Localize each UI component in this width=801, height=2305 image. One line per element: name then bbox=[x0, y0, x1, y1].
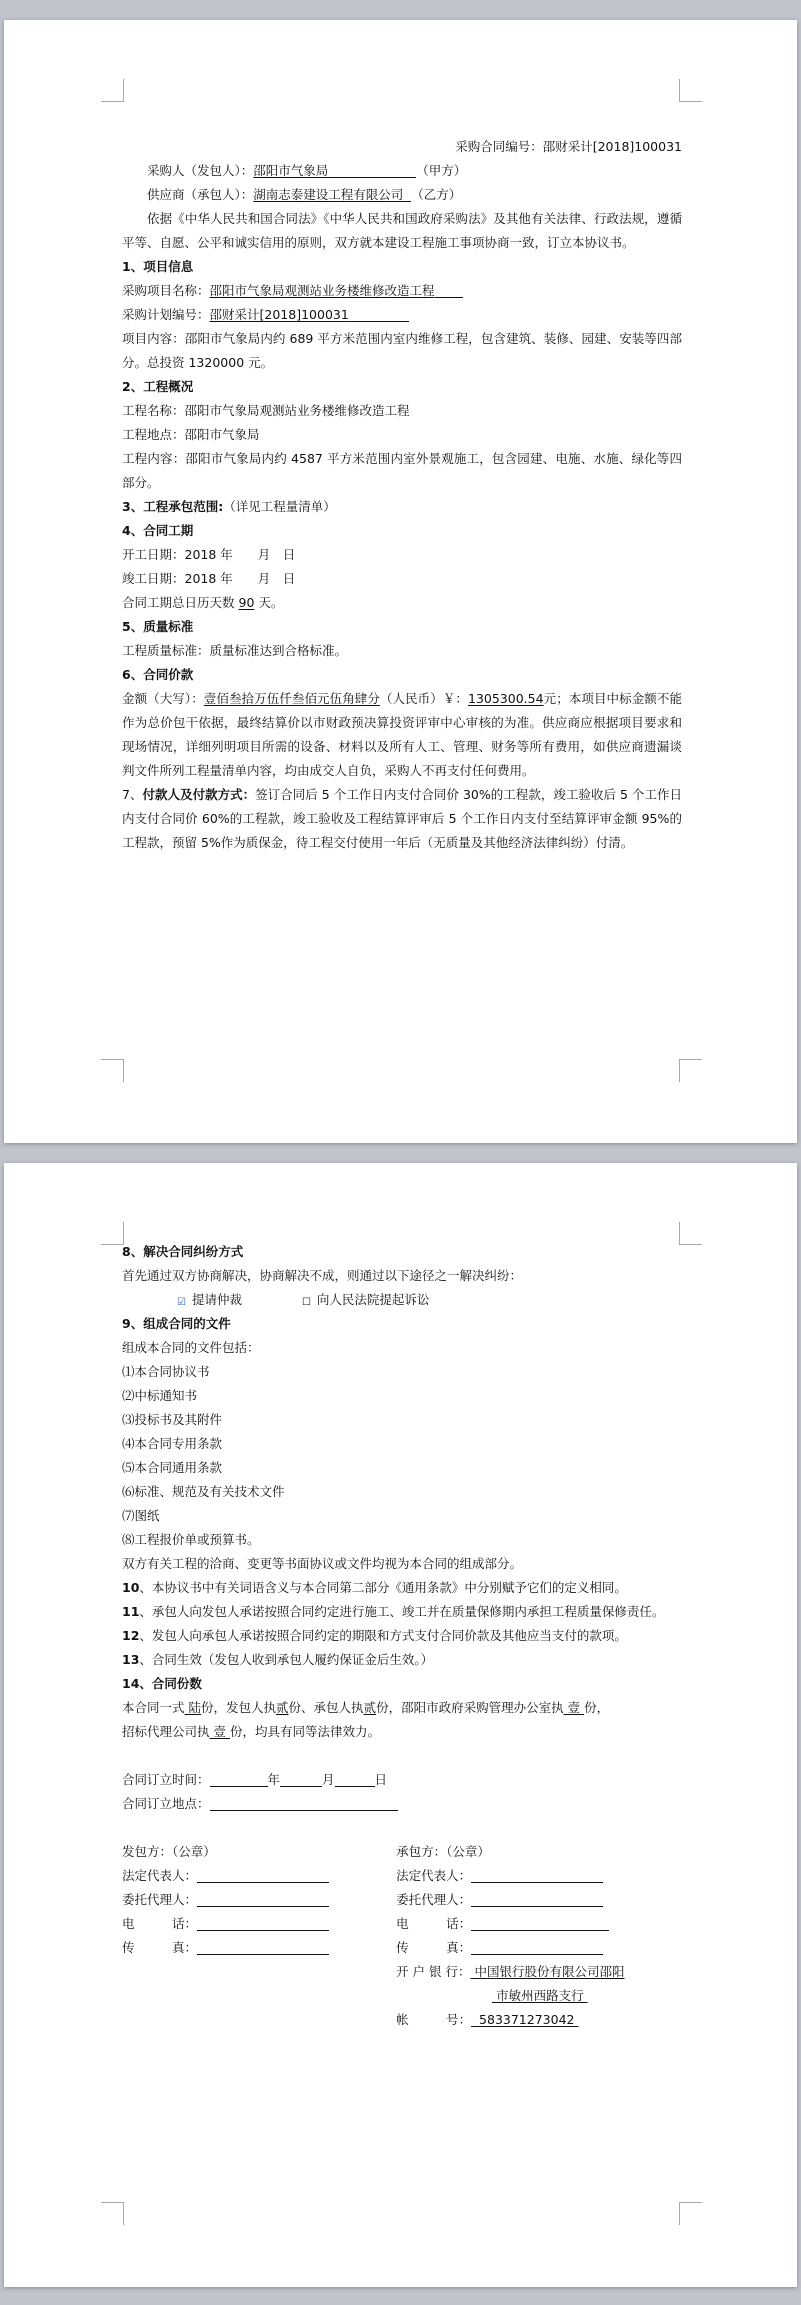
dispute-options: ☑提请仲裁 ☐向人民法院提起诉讼 bbox=[122, 1288, 682, 1312]
project-content: 项目内容：邵阳市气象局内约 689 平方米范围内室内维修工程，包含建筑、装修、园… bbox=[122, 327, 682, 375]
checkbox-unchecked-icon[interactable]: ☐ bbox=[302, 1298, 311, 1308]
year-blank[interactable] bbox=[210, 1771, 268, 1787]
document-item: ⑶投标书及其附件 bbox=[122, 1408, 682, 1432]
section-3: 3、工程承包范围:（详见工程量清单） bbox=[122, 495, 682, 519]
party-b-fax: 传 真： bbox=[396, 1936, 682, 1960]
party-a-phone: 电 话： bbox=[122, 1912, 396, 1936]
section-5-title: 5、质量标准 bbox=[122, 615, 682, 639]
copies-line-1: 本合同一式 陆份，发包人执贰份、承包人执贰份，邵阳市政府采购管理办公室执 壹 份… bbox=[122, 1696, 682, 1720]
party-a-block: 发包方：（公章） 法定代表人： 委托代理人： 电 话： 传 真： bbox=[122, 1840, 396, 2032]
clause-10: 10、本协议书中有关词语含义与本合同第二部分《通用条款》中分别赋予它们的定义相同… bbox=[122, 1576, 682, 1600]
party-b-account: 帐 号： 583371273042 bbox=[396, 2008, 682, 2032]
dispute-text: 首先通过双方协商解决，协商解决不成，则通过以下途径之一解决纠纷： bbox=[122, 1264, 682, 1288]
section-6-title: 6、合同价款 bbox=[122, 663, 682, 687]
section-8-title: 8、解决合同纠纷方式 bbox=[122, 1240, 682, 1264]
party-b-bank: 开 户 银 行： 中国银行股份有限公司邵阳 bbox=[396, 1960, 682, 1984]
section-14-title: 14、合同份数 bbox=[122, 1672, 682, 1696]
quality-standard: 工程质量标准：质量标准达到合格标准。 bbox=[122, 639, 682, 663]
documents-outro: 双方有关工程的洽商、变更等书面协议或文件均视为本合同的组成部分。 bbox=[122, 1552, 682, 1576]
document-item: ⑵中标通知书 bbox=[122, 1384, 682, 1408]
margin-corner-mark bbox=[679, 1059, 702, 1082]
document-item: ⑹标准、规范及有关技术文件 bbox=[122, 1480, 682, 1504]
document-item: ⑺图纸 bbox=[122, 1504, 682, 1528]
section-9-title: 9、组成合同的文件 bbox=[122, 1312, 682, 1336]
page-1-body: 采购合同编号：邵财采计[2018]100031 采购人（发包人）：邵阳市气象局（… bbox=[122, 135, 682, 855]
contract-price: 金额（大写）：壹佰叁拾万伍仟叁佰元伍角肆分（人民币）￥：1305300.54元；… bbox=[122, 687, 682, 783]
section-7-payment: 7、付款人及付款方式：签订合同后 5 个工作日内支付合同价 30%的工程款，竣工… bbox=[122, 783, 682, 855]
project-name: 采购项目名称：邵阳市气象局观测站业务楼维修改造工程 bbox=[122, 279, 682, 303]
signing-date: 合同订立时间：年月日 bbox=[122, 1768, 682, 1792]
party-a-fax: 传 真： bbox=[122, 1936, 396, 1960]
contract-number: 采购合同编号：邵财采计[2018]100031 bbox=[122, 135, 682, 159]
work-location: 工程地点：邵阳市气象局 bbox=[122, 423, 682, 447]
party-b-phone: 电 话： bbox=[396, 1912, 682, 1936]
document-item: ⑴本合同协议书 bbox=[122, 1360, 682, 1384]
clause-12: 12、发包人向承包人承诺按照合同约定的期限和方式支付合同价款及其他应当支付的款项… bbox=[122, 1624, 682, 1648]
margin-corner-mark bbox=[679, 1222, 702, 1245]
supplier-line: 供应商（承包人）：湖南志泰建设工程有限公司（乙方） bbox=[122, 183, 682, 207]
place-blank[interactable] bbox=[210, 1795, 398, 1811]
start-date: 开工日期：2018 年 月 日 bbox=[122, 543, 682, 567]
option-arbitration[interactable]: ☑提请仲裁 bbox=[177, 1292, 242, 1307]
month-blank[interactable] bbox=[280, 1771, 322, 1787]
plan-number: 采购计划编号：邵财采计[2018]100031 bbox=[122, 303, 682, 327]
party-b-agent: 委托代理人： bbox=[396, 1888, 682, 1912]
clause-11: 11、承包人向发包人承诺按照合同约定进行施工、竣工并在质量保修期内承担工程质量保… bbox=[122, 1600, 682, 1624]
section-4-title: 4、合同工期 bbox=[122, 519, 682, 543]
document-page-1: 采购合同编号：邵财采计[2018]100031 采购人（发包人）：邵阳市气象局（… bbox=[4, 20, 797, 1143]
amount-in-words: 壹佰叁拾万伍仟叁佰元伍角肆分 bbox=[204, 691, 380, 706]
section-1-title: 1、项目信息 bbox=[122, 255, 682, 279]
signature-block: 发包方：（公章） 法定代表人： 委托代理人： 电 话： 传 真： 承包方：（公章… bbox=[122, 1840, 682, 2032]
party-a-title: 发包方：（公章） bbox=[122, 1840, 396, 1864]
party-a-agent: 委托代理人： bbox=[122, 1888, 396, 1912]
amount-number: 1305300.54 bbox=[468, 691, 544, 706]
party-b-title: 承包方：（公章） bbox=[396, 1840, 682, 1864]
document-item: ⑻工程报价单或预算书。 bbox=[122, 1528, 682, 1552]
margin-corner-mark bbox=[679, 79, 702, 102]
buyer-name: 邵阳市气象局 bbox=[253, 163, 328, 178]
end-date: 竣工日期：2018 年 月 日 bbox=[122, 567, 682, 591]
document-item: ⑸本合同通用条款 bbox=[122, 1456, 682, 1480]
buyer-line: 采购人（发包人）：邵阳市气象局（甲方） bbox=[122, 159, 682, 183]
party-a-legal-rep: 法定代表人： bbox=[122, 1864, 396, 1888]
work-content: 工程内容：邵阳市气象局内约 4587 平方米范围内室外景观施工，包含园建、电施、… bbox=[122, 447, 682, 495]
work-name: 工程名称：邵阳市气象局观测站业务楼维修改造工程 bbox=[122, 399, 682, 423]
margin-corner-mark bbox=[101, 1222, 124, 1245]
margin-corner-mark bbox=[679, 2202, 702, 2225]
margin-corner-mark bbox=[101, 1059, 124, 1082]
duration: 合同工期总日历天数 90 天。 bbox=[122, 591, 682, 615]
copies-line-2: 招标代理公司执 壹 份，均具有同等法律效力。 bbox=[122, 1720, 682, 1744]
page-2-body: 8、解决合同纠纷方式 首先通过双方协商解决，协商解决不成，则通过以下途径之一解决… bbox=[122, 1240, 682, 2032]
signing-place: 合同订立地点： bbox=[122, 1792, 682, 1816]
party-b-legal-rep: 法定代表人： bbox=[396, 1864, 682, 1888]
documents-intro: 组成本合同的文件包括： bbox=[122, 1336, 682, 1360]
margin-corner-mark bbox=[101, 79, 124, 102]
clause-13: 13、合同生效（发包人收到承包人履约保证金后生效。） bbox=[122, 1648, 682, 1672]
document-item: ⑷本合同专用条款 bbox=[122, 1432, 682, 1456]
checkbox-checked-icon[interactable]: ☑ bbox=[177, 1298, 186, 1308]
party-b-block: 承包方：（公章） 法定代表人： 委托代理人： 电 话： 传 真： 开 户 银 行… bbox=[396, 1840, 682, 2032]
option-court[interactable]: ☐向人民法院提起诉讼 bbox=[302, 1292, 429, 1307]
margin-corner-mark bbox=[101, 2202, 124, 2225]
day-blank[interactable] bbox=[335, 1771, 375, 1787]
document-page-2: 8、解决合同纠纷方式 首先通过双方协商解决，协商解决不成，则通过以下途径之一解决… bbox=[4, 1163, 797, 2287]
party-b-bank-cont: 市敏州西路支行 bbox=[396, 1984, 682, 2008]
section-2-title: 2、工程概况 bbox=[122, 375, 682, 399]
preamble: 依据《中华人民共和国合同法》《中华人民共和国政府采购法》及其他有关法律、行政法规… bbox=[122, 207, 682, 255]
supplier-name: 湖南志泰建设工程有限公司 bbox=[253, 187, 403, 202]
